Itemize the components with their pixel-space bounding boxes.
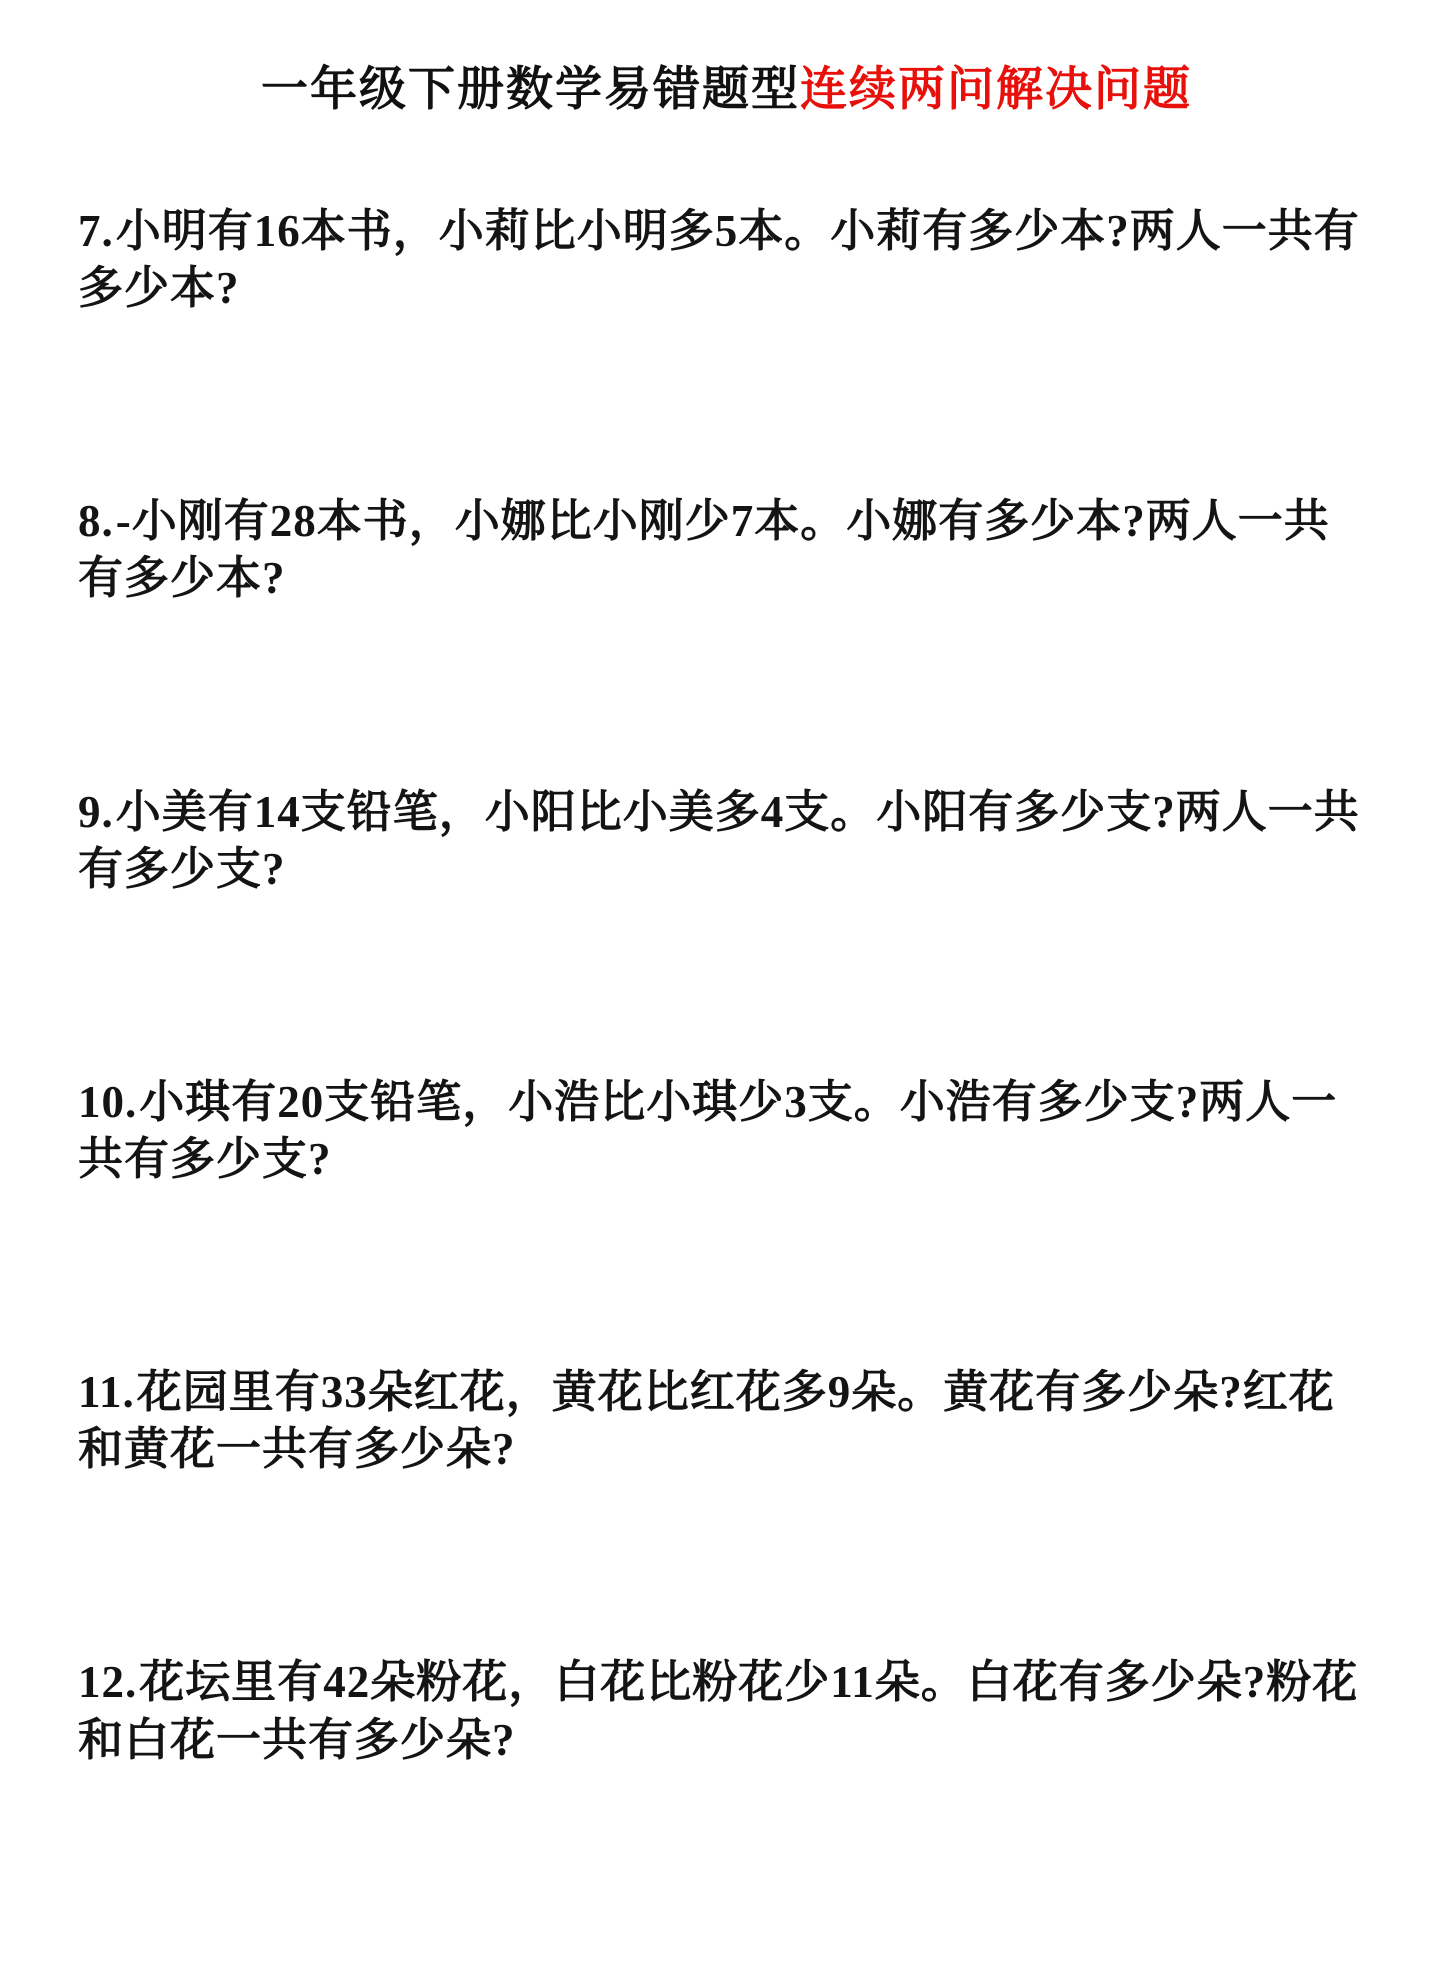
- problem-item-7: 7.小明有16本书，小莉比小明多5本。小莉有多少本?两人一共有多少本?: [78, 203, 1375, 317]
- problem-text: 花园里有33朵红花，黄花比红花多9朵。黄花有多少朵?红花和黄花一共有多少朵?: [78, 1367, 1335, 1474]
- worksheet-page: 一年级下册数学易错题型连续两问解决问题 7.小明有16本书，小莉比小明多5本。小…: [0, 0, 1445, 1974]
- problem-item-11: 11.花园里有33朵红花，黄花比红花多9朵。黄花有多少朵?红花和黄花一共有多少朵…: [78, 1364, 1375, 1478]
- problem-text: 小琪有20支铅笔，小浩比小琪少3支。小浩有多少支?两人一共有多少支?: [78, 1077, 1337, 1184]
- title-black-part: 一年级下册数学易错题型: [261, 64, 800, 116]
- problem-item-12: 12.花坛里有42朵粉花，白花比粉花少11朵。白花有多少朵?粉花和白花一共有多少…: [78, 1654, 1375, 1768]
- problem-number: 7.: [78, 206, 116, 256]
- problem-number: 11.: [78, 1367, 137, 1417]
- problem-item-9: 9.小美有14支铅笔，小阳比小美多4支。小阳有多少支?两人一共有多少支?: [78, 784, 1375, 898]
- problem-text: 小明有16本书，小莉比小明多5本。小莉有多少本?两人一共有多少本?: [78, 206, 1360, 313]
- title-red-part: 连续两问解决问题: [800, 64, 1192, 116]
- problem-number: 8.: [78, 496, 116, 546]
- page-title: 一年级下册数学易错题型连续两问解决问题: [78, 52, 1375, 119]
- problem-number: 10.: [78, 1077, 139, 1127]
- problem-number: 9.: [78, 787, 116, 837]
- problem-item-8: 8.-小刚有28本书，小娜比小刚少7本。小娜有多少本?两人一共有多少本?: [78, 493, 1375, 607]
- problem-item-10: 10.小琪有20支铅笔，小浩比小琪少3支。小浩有多少支?两人一共有多少支?: [78, 1074, 1375, 1188]
- problem-text: 花坛里有42朵粉花，白花比粉花少11朵。白花有多少朵?粉花和白花一共有多少朵?: [78, 1657, 1358, 1764]
- problem-text: 小美有14支铅笔，小阳比小美多4支。小阳有多少支?两人一共有多少支?: [78, 787, 1360, 894]
- problem-text: -小刚有28本书，小娜比小刚少7本。小娜有多少本?两人一共有多少本?: [78, 496, 1330, 603]
- problem-number: 12.: [78, 1657, 139, 1707]
